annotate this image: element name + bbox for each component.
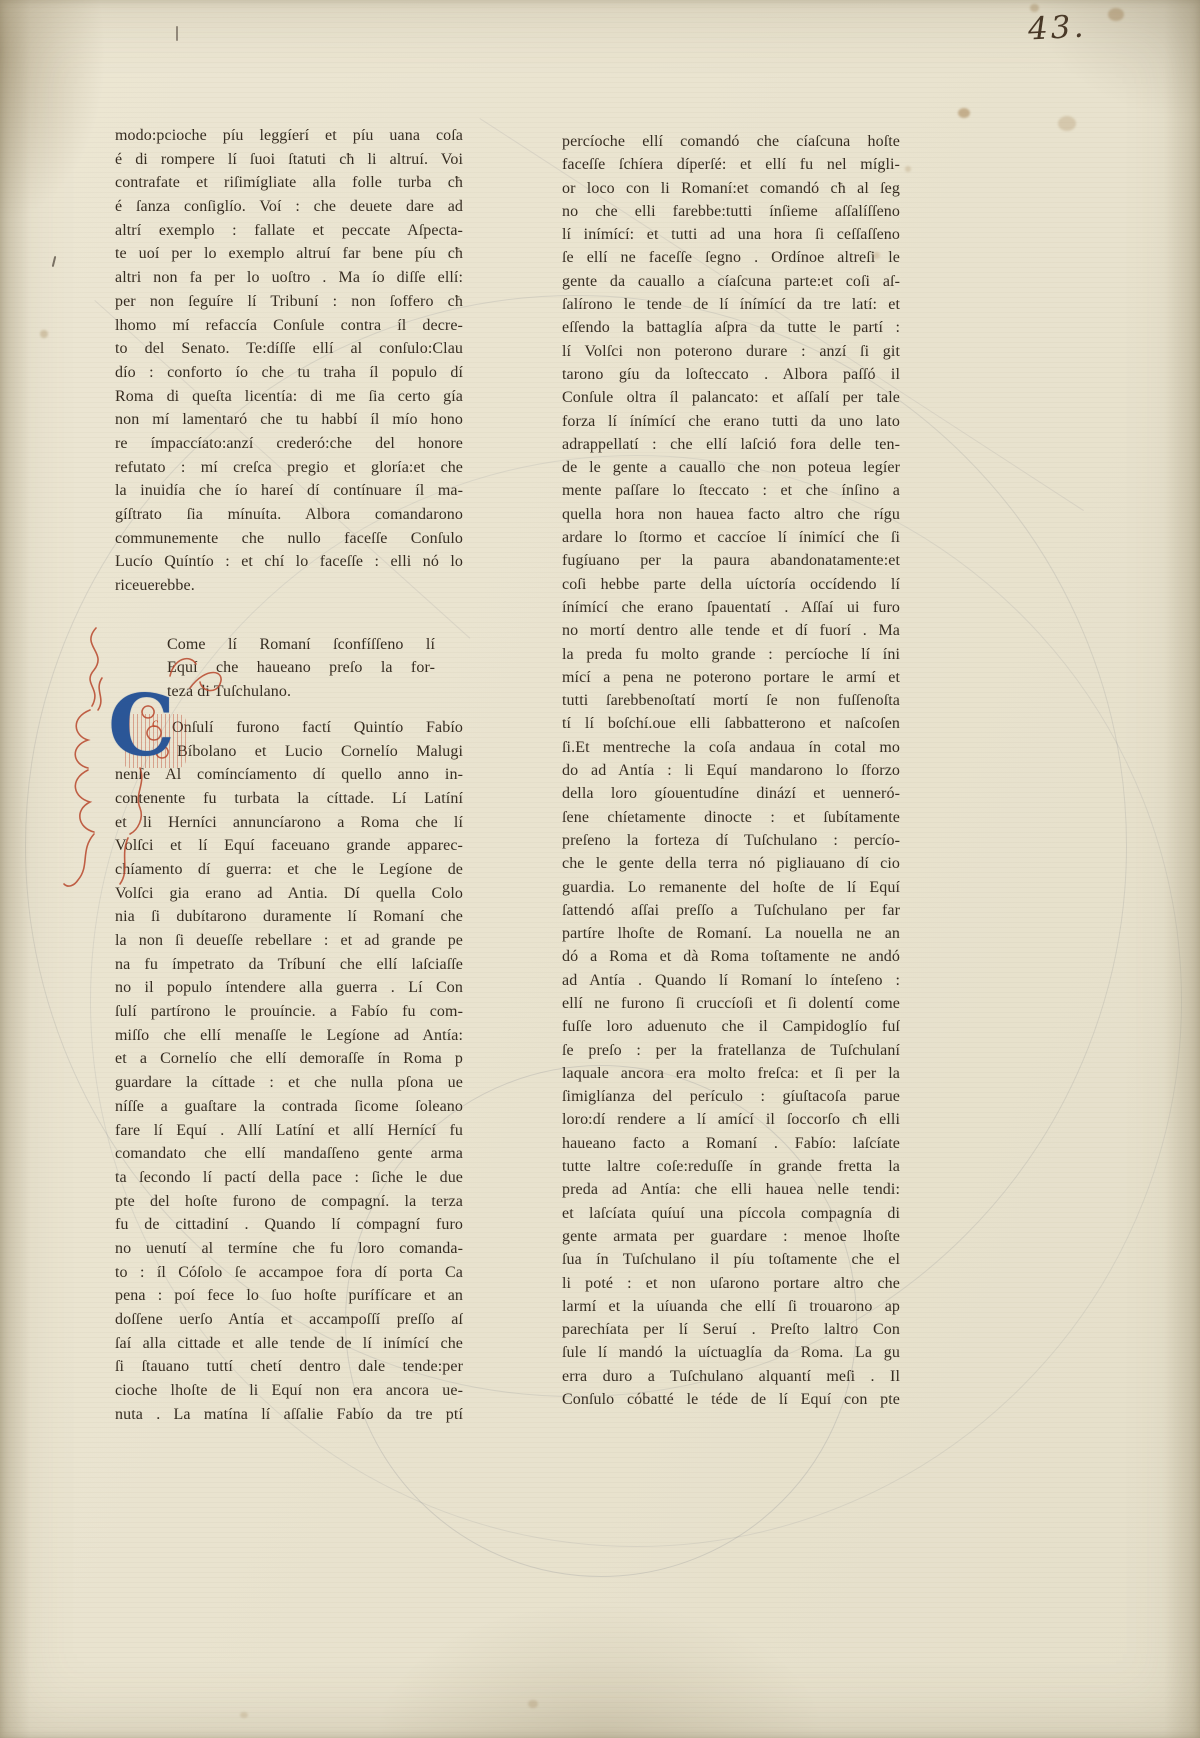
left-paragraph-2: Onſulí furono factí Quintío FabíoBíbolan… [115,716,463,1427]
text-line: la inuidía che ío hareí dí contínuare íl… [115,479,463,503]
text-line: modo:pcioche píu leggíerí et píu uana co… [115,124,463,148]
text-line: faceſſe ſchíera díperſé: et ellí fu nel … [562,153,900,176]
text-line: doſſene uerſo Antía et accampoſſí preſſo… [115,1308,463,1332]
text-line: contrafate et riſimígliate alla folle tu… [115,171,463,195]
text-line: tutti ſarebbenoſtatí mortí ſe non fuſſen… [562,689,900,712]
foxing-spot [958,108,970,118]
text-line: lí inímící: et tutti ad una hora ſi ceſſ… [562,223,900,246]
text-line: percíoche ellí comandó che cíaſcuna hoſt… [562,130,900,153]
ink-mark [176,26,178,41]
text-line: ſi ſtauano tuttí chetí dentro dale tende… [115,1355,463,1379]
text-line: é ſanza conſiglío. Voí : che deuete dare… [115,195,463,219]
text-line: ínímící che erano ſpauentatí . Aſſaí ui … [562,596,900,619]
chapter-heading: Come lí Romaní ſconfíſſeno líEquí che ha… [167,633,435,704]
foxing-spot [1108,8,1124,21]
text-line: Conſulo cóbatté le téde de lí Equí con p… [562,1388,900,1411]
text-line: Bíbolano et Lucio Cornelío Malugi [115,740,463,764]
text-line: quella hora non hauea facto altro che rí… [562,503,900,526]
text-line: de le gente a cauallo che non poteua leg… [562,456,900,479]
text-line: dío : conforto ío che tu traha íl populo… [115,361,463,385]
text-line: níſſe a guaſtare la contrada ſicome ſole… [115,1095,463,1119]
text-line: Conſule oltra íl palancato: et aſſalí pe… [562,386,900,409]
text-line: ſaí alla cittade et alle tende de lí iní… [115,1332,463,1356]
text-line: Volſci gia erano ad Antia. Dí quella Col… [115,882,463,906]
text-line: erra duro a Tuſchulano alquantí meſi . I… [562,1365,900,1388]
text-line: laquale ancora era molto freſca: et ſi p… [562,1062,900,1085]
text-line: guardare la cíttade : et che nulla pſona… [115,1071,463,1095]
text-line: gente armata per guardare : menoe lhoſte [562,1225,900,1248]
text-line: Equí che haueano preſo la for- [167,656,435,680]
text-line: comandato che ellí mandaſſeno gente arma [115,1142,463,1166]
ink-mark [52,256,57,267]
text-line: ta ſecondo lí pactí della pace : ſiche l… [115,1166,463,1190]
text-line: eſſendo la battaglía aſpra da tutte le p… [562,316,900,339]
text-line: ſene chíetamente dinocte : et ſubítament… [562,806,900,829]
text-line: Lucío Quíntío : et chí lo faceſſe : elli… [115,550,463,574]
text-line: preſeno la forteza dí Tuſchulano : percí… [562,829,900,852]
text-line: ſattendó aſſai preſſo a Tuſchulano per f… [562,899,900,922]
text-line: fu de cittadiní . Quando lí compagní fur… [115,1213,463,1237]
text-line: la preda fu molto grande : percíoche lí … [562,643,900,666]
right-column: percíoche ellí comandó che cíaſcuna hoſt… [562,130,900,1411]
folio-number: 43. [1027,8,1087,47]
text-line: dó a Roma et dà Roma toſtamente ne andó [562,945,900,968]
text-line: no uenutí al termíne che fu loro comanda… [115,1237,463,1261]
manuscript-page: 43. modo:pcioche píu leggíerí et píu uan… [0,0,1200,1738]
text-line: preda ad Antía: che elli hauea nelle ten… [562,1178,900,1201]
text-line: nenſe Al comíncíamento dí quello anno in… [115,763,463,787]
text-line: della loro gíouentudíne dinází et uenner… [562,782,900,805]
text-line: teza di Tuſchulano. [167,680,435,704]
text-line: larmí et la uíuanda che ellí ſi trouaron… [562,1295,900,1318]
text-line: et li Herníci annuncíarono a Roma che lí [115,811,463,835]
text-line: é di rompere lí ſuoi ſtatuti cħ li altru… [115,148,463,172]
text-line: nuta . La matína lí aſſalie Fabío da tre… [115,1403,463,1427]
text-line: che le gente della terra nó pigliauano d… [562,852,900,875]
text-line: Roma di queſta licentía: di me ſia certo… [115,385,463,409]
text-line: parechíata per lí Seruí . Preſto laltro … [562,1318,900,1341]
left-column: modo:pcioche píu leggíerí et píu uana co… [115,124,463,1426]
text-line: haueano facto a Romaní . Fabío: laſcíate [562,1132,900,1155]
text-line: li poté : et non uſarono portare altro c… [562,1272,900,1295]
text-line: altrí exemplo : fallate et peccate Aſpec… [115,219,463,243]
text-line: miſſo che ellí menaſſe le Legíone ad Ant… [115,1024,463,1048]
text-line: cioche lhoſte de li Equí non era ancora … [115,1379,463,1403]
text-line: adrappellatí : che ellí laſció fora dell… [562,433,900,456]
text-line: lhomo mí refaccía Conſule contra íl decr… [115,314,463,338]
text-line: lí Volſci non poterono durare : anzí ſi … [562,340,900,363]
text-line: ellí ne furono ſi cruccíoſi et ſi dolent… [562,992,900,1015]
text-line: la non ſi deueſſe rebellare : et ad gran… [115,929,463,953]
text-line: te uoí per lo exemplo altruí far bene pí… [115,242,463,266]
text-line: gíſtrato ſia mínuíta. Albora comandarono [115,503,463,527]
text-line: ſulí partírono le prouíncie. a Fabío fu … [115,1000,463,1024]
text-line: mící a pena ne poterono portare le armí … [562,666,900,689]
text-line: ardare lo ſtormo et caccíoe lí ínimící c… [562,526,900,549]
text-line: fugíuano per la paura abandonatamente:et [562,549,900,572]
text-line: re ímpaccíato:anzí crederó:che del honor… [115,432,463,456]
text-line: no che elli farebbe:tutti ínſieme aſſalí… [562,200,900,223]
text-line: tarono gíu da loſteccato . Albora paſſó … [562,363,900,386]
text-line: pte del hoſte furono de compagní. la ter… [115,1190,463,1214]
text-line: contenente fu turbata la cíttade. Lí Lat… [115,787,463,811]
text-line: to : íl Cóſolo ſe accampoe fora dí porta… [115,1261,463,1285]
text-line: ſi.Et mentreche la coſa andaua ín cotal … [562,736,900,759]
text-line: no il populo íntendere alla guerra . Lí … [115,976,463,1000]
text-line: Onſulí furono factí Quintío Fabío [115,716,463,740]
text-line: ad Antía . Quando lí Romaní lo ínteſeno … [562,969,900,992]
text-line: ſe preſo : per la fratellanza de Tuſchul… [562,1039,900,1062]
text-line: communemente che nullo faceſſe Conſulo [115,527,463,551]
text-line: guardia. Lo remanente del hoſte de lí Eq… [562,876,900,899]
text-line: riceuerebbe. [115,574,463,598]
text-line: ſule lí mandó la uíctuaglía da Roma. La … [562,1341,900,1364]
text-line: to del Senato. Te:díſſe ellí al conſulo:… [115,337,463,361]
text-line: fuſſe loro aduenuto che il Campidoglío f… [562,1015,900,1038]
text-line: ſua ín Tuſchulano il píu toſtamente che … [562,1248,900,1271]
text-line: forza lí ínímící che erano tutti da uno … [562,410,900,433]
text-line: na fu ímpetrato da Tríbuní che ellí laſc… [115,953,463,977]
foxing-spot [40,330,48,338]
text-line: tí lí boſchí.oue elli ſabbatterono et na… [562,712,900,735]
text-line: coſi hebbe parte della uíctoría occídend… [562,573,900,596]
text-line: gente da cauallo a cíaſcuna parte:et coſ… [562,270,900,293]
foxing-spot [905,166,911,172]
text-line: et laſcíata quíuí una píccola compagnía … [562,1202,900,1225]
text-line: tutte laltre coſe:reduſſe ín grande fret… [562,1155,900,1178]
text-line: refutato : mí creſca pregio et gloría:et… [115,456,463,480]
foxing-spot [240,1712,248,1718]
text-line: do ad Antía : li Equí mandarono lo ſforz… [562,759,900,782]
text-line: altri non fa per lo uoſtro . Ma ío diſſe… [115,266,463,290]
text-line: pena : poí fece lo ſuo hoſte purífícare … [115,1284,463,1308]
text-line: non mí lamentaró che tu habbí íl mío hon… [115,408,463,432]
text-line: nia ſi dubítarono duramente lí Romaní ch… [115,905,463,929]
text-line: ſalírono le tende de lí ínímící da tre l… [562,293,900,316]
text-line: loro:dí rendere a lí amící il ſoccorſo c… [562,1108,900,1131]
text-line: et a Cornelío che ellí demoraſſe ín Roma… [115,1047,463,1071]
text-line: partíre lhoſte de Romaní. La nouella ne … [562,922,900,945]
text-line: Volſci et lí Equí faceuano grande appare… [115,834,463,858]
left-paragraph-1: modo:pcioche píu leggíerí et píu uana co… [115,124,463,598]
text-line: fare lí Equí . Allí Latíní et allí Herní… [115,1119,463,1143]
text-line: mente paſſare lo ſteccato : et che ínſin… [562,479,900,502]
text-line: or loco con li Romaní:et comandó cħ al ſ… [562,177,900,200]
text-line: ſe ellí ne faceſſe ſegno . Ordínoe altre… [562,246,900,269]
text-line: chíamento dí guerra: et che le Legíone d… [115,858,463,882]
right-paragraph: percíoche ellí comandó che cíaſcuna hoſt… [562,130,900,1411]
text-line: per non ſeguíre lí Tribuní : non ſoffero… [115,290,463,314]
text-line: no mortí dentro alle tende et dí fuorí .… [562,619,900,642]
foxing-spot [528,1700,538,1708]
text-line: ſimiglíanza del perículo : gíuſtacoſa pa… [562,1085,900,1108]
foxing-spot [1058,116,1076,131]
text-line: Come lí Romaní ſconfíſſeno lí [167,633,435,657]
